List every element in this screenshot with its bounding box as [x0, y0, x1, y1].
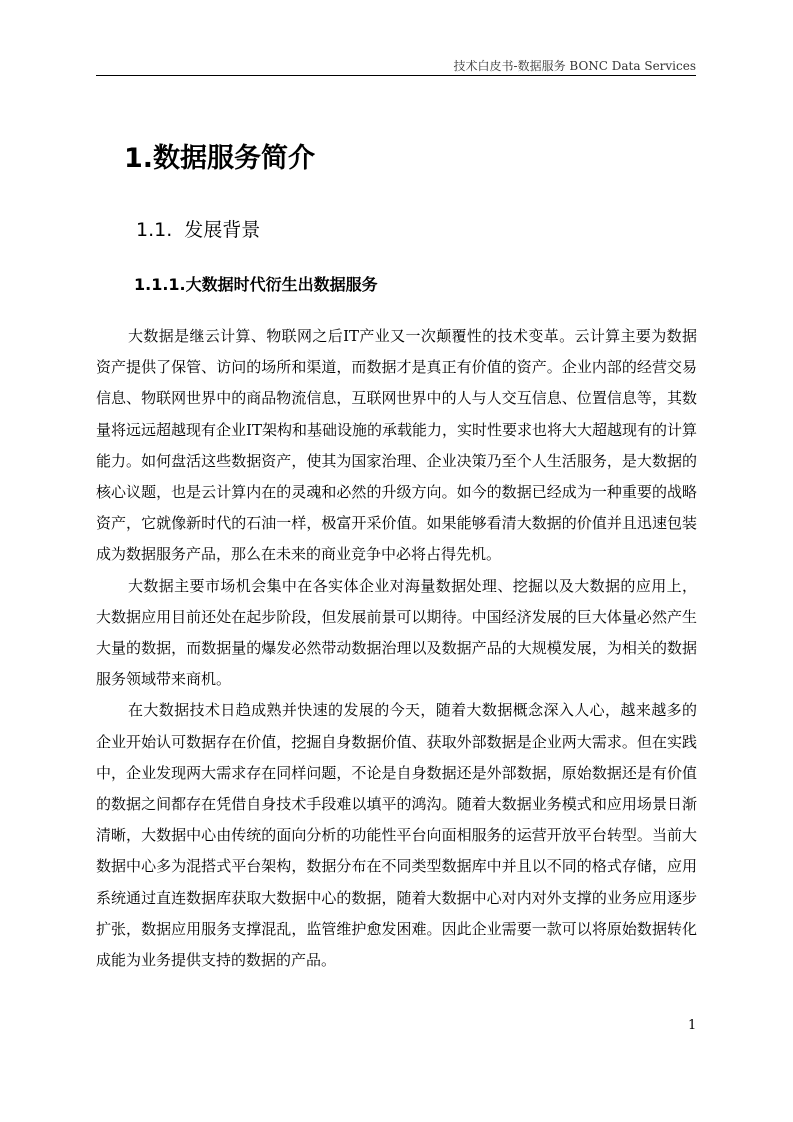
section-heading: 1.1.发展背景 [136, 215, 260, 242]
body-text: 大数据是继云计算、物联网之后IT产业又一次颠覆性的技术变革。云计算主要为数据资产… [96, 321, 697, 976]
paragraph: 大数据是继云计算、物联网之后IT产业又一次颠覆性的技术变革。云计算主要为数据资产… [96, 321, 697, 571]
paragraph: 大数据主要市场机会集中在各实体企业对海量数据处理、挖掘以及大数据的应用上，大数据… [96, 571, 697, 696]
page-number: 1 [688, 1018, 696, 1033]
chapter-heading: 1.数据服务简介 [124, 136, 315, 175]
section-title: 发展背景 [184, 219, 260, 241]
page-header: 技术白皮书-数据服务 BONC Data Services [96, 55, 696, 76]
subsection-heading: 1.1.1.大数据时代衍生出数据服务 [134, 272, 378, 295]
paragraph: 在大数据技术日趋成熟并快速的发展的今天，随着大数据概念深入人心，越来越多的企业开… [96, 695, 697, 976]
section-number: 1.1. [136, 219, 172, 241]
header-text: 技术白皮书-数据服务 BONC Data Services [454, 57, 696, 74]
